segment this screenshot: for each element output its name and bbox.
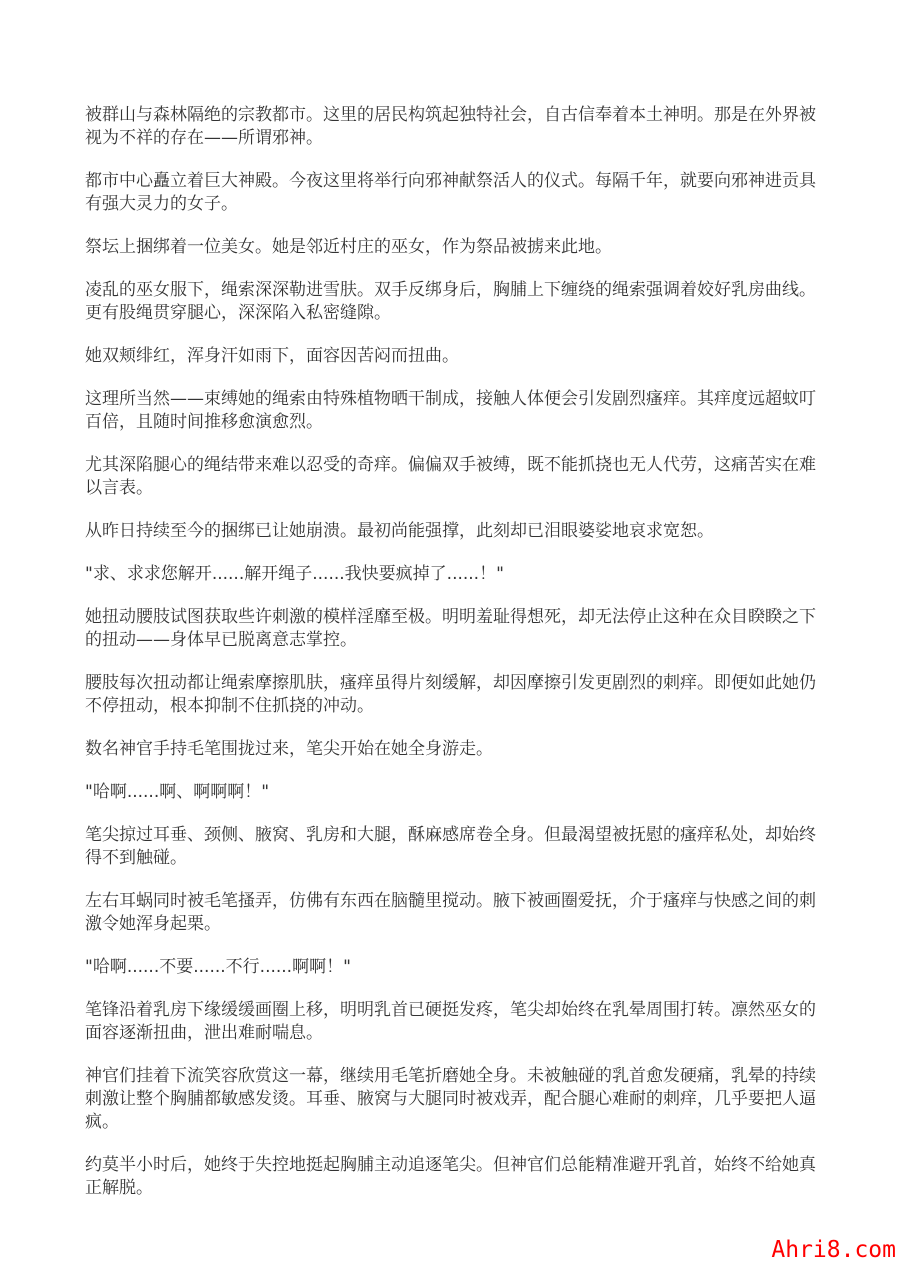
dialogue-paragraph: "求、求求您解开......解开绳子......我快要疯掉了......！": [85, 563, 817, 586]
paragraph: 她双颊绯红，浑身汗如雨下，面容因苦闷而扭曲。: [85, 345, 817, 368]
paragraph: 都市中心矗立着巨大神殿。今夜这里将举行向邪神献祭活人的仪式。每隔千年，就要向邪神…: [85, 170, 817, 216]
story-text-body: 被群山与森林隔绝的宗教都市。这里的居民构筑起独特社会，自古信奉着本土神明。那是在…: [85, 104, 817, 1220]
paragraph: 被群山与森林隔绝的宗教都市。这里的居民构筑起独特社会，自古信奉着本土神明。那是在…: [85, 104, 817, 150]
paragraph: 腰肢每次扭动都让绳索摩擦肌肤，瘙痒虽得片刻缓解，却因摩擦引发更剧烈的刺痒。即便如…: [85, 672, 817, 718]
paragraph: 笔锋沿着乳房下缘缓缓画圈上移，明明乳首已硬挺发疼，笔尖却始终在乳晕周围打转。凛然…: [85, 999, 817, 1045]
paragraph: 凌乱的巫女服下，绳索深深勒进雪肤。双手反绑身后，胸脯上下缠绕的绳索强调着姣好乳房…: [85, 279, 817, 325]
site-watermark: Ahri8.com: [771, 1237, 896, 1263]
paragraph: 约莫半小时后，她终于失控地挺起胸脯主动追逐笔尖。但神官们总能精准避开乳首，始终不…: [85, 1154, 817, 1200]
dialogue-paragraph: "哈啊......啊、啊啊啊！": [85, 781, 817, 804]
paragraph: 数名神官手持毛笔围拢过来，笔尖开始在她全身游走。: [85, 738, 817, 761]
document-page: 被群山与森林隔绝的宗教都市。这里的居民构筑起独特社会，自古信奉着本土神明。那是在…: [0, 0, 900, 1272]
paragraph: 尤其深陷腿心的绳结带来难以忍受的奇痒。偏偏双手被缚，既不能抓挠也无人代劳，这痛苦…: [85, 454, 817, 500]
paragraph: 这理所当然——束缚她的绳索由特殊植物晒干制成，接触人体便会引发剧烈瘙痒。其痒度远…: [85, 388, 817, 434]
paragraph: 左右耳蜗同时被毛笔搔弄，仿佛有东西在脑髓里搅动。腋下被画圈爱抚，介于瘙痒与快感之…: [85, 890, 817, 936]
paragraph: 祭坛上捆绑着一位美女。她是邻近村庄的巫女，作为祭品被掳来此地。: [85, 236, 817, 259]
paragraph: 从昨日持续至今的捆绑已让她崩溃。最初尚能强撑，此刻却已泪眼婆娑地哀求宽恕。: [85, 520, 817, 543]
paragraph: 神官们挂着下流笑容欣赏这一幕，继续用毛笔折磨她全身。未被触碰的乳首愈发硬痛，乳晕…: [85, 1065, 817, 1134]
paragraph: 她扭动腰肢试图获取些许刺激的模样淫靡至极。明明羞耻得想死，却无法停止这种在众目睽…: [85, 606, 817, 652]
paragraph: 笔尖掠过耳垂、颈侧、腋窝、乳房和大腿，酥麻感席卷全身。但最渴望被抚慰的瘙痒私处，…: [85, 824, 817, 870]
dialogue-paragraph: "哈啊......不要......不行......啊啊！": [85, 956, 817, 979]
